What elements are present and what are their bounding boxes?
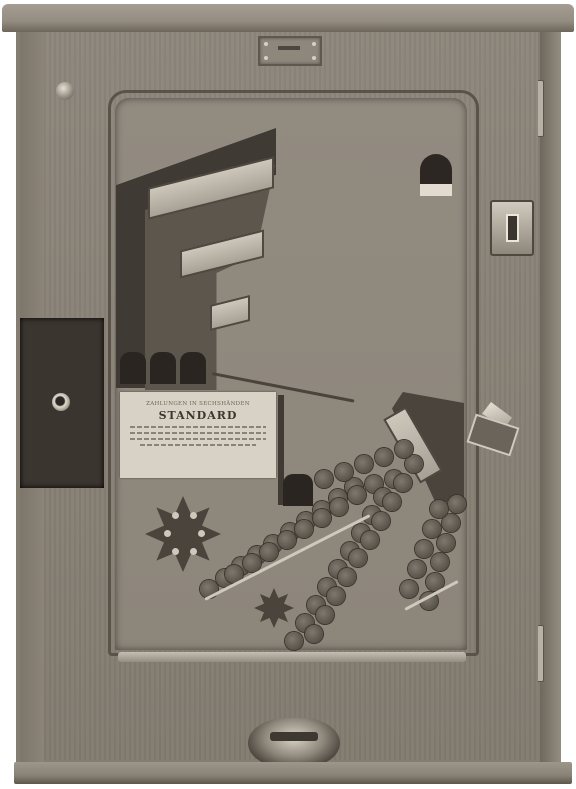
coin: [260, 543, 278, 561]
star-hole: [164, 530, 171, 537]
star-hole: [198, 530, 205, 537]
coin: [243, 554, 261, 572]
coin: [400, 580, 418, 598]
slot-opening: [420, 154, 452, 186]
coin-slot-opening: [506, 214, 519, 242]
label-text-line: [130, 438, 266, 440]
coin: [313, 509, 331, 527]
coin-return-opening: [270, 732, 318, 741]
coin: [330, 498, 348, 516]
coin: [315, 470, 333, 488]
coin: [405, 455, 423, 473]
coin: [375, 448, 393, 466]
coin-return-cup[interactable]: [248, 718, 340, 768]
coin-pocket: [283, 474, 313, 506]
label-text-line: [140, 444, 256, 446]
coin-pocket: [180, 352, 206, 384]
coin: [305, 625, 323, 643]
window-sill: [118, 652, 466, 662]
coin: [395, 440, 413, 458]
lock-knob[interactable]: [52, 393, 70, 411]
coin-pocket: [150, 352, 176, 384]
coin: [415, 540, 433, 558]
screw-icon: [264, 56, 268, 60]
coin: [355, 455, 373, 473]
star-hole: [172, 512, 179, 519]
label-text-line: [130, 432, 266, 434]
coin-entry-slot: [420, 154, 452, 200]
payout-lever[interactable]: [470, 402, 522, 450]
coin: [361, 531, 379, 549]
top-nameplate: [258, 36, 322, 66]
top-molding: [2, 4, 574, 32]
label-text-line: [130, 426, 266, 428]
base-molding: [14, 762, 572, 784]
coin: [285, 632, 303, 650]
coin: [423, 520, 441, 538]
coin-pocket: [120, 352, 146, 384]
side-coin-slot[interactable]: [490, 200, 534, 256]
coin: [372, 512, 390, 530]
instruction-label: ZAHLUNGEN IN SECHSHÄNDEN STANDARD: [120, 392, 276, 478]
star-hole: [190, 548, 197, 555]
star-wheel-small: [254, 588, 294, 628]
door-knob[interactable]: [56, 82, 74, 100]
screw-icon: [264, 42, 268, 46]
star-hole: [190, 512, 197, 519]
label-header: ZAHLUNGEN IN SECHSHÄNDEN: [120, 401, 276, 407]
coin: [278, 531, 296, 549]
screw-icon: [312, 42, 316, 46]
coin: [335, 463, 353, 481]
lever-housing: [466, 414, 519, 457]
label-title: STANDARD: [120, 409, 276, 422]
slot-sill: [420, 184, 452, 196]
coin: [383, 493, 401, 511]
coin: [448, 495, 466, 513]
coin: [408, 560, 426, 578]
coin: [437, 534, 455, 552]
screw-icon: [312, 56, 316, 60]
nameplate-slot: [278, 46, 300, 50]
coin: [394, 474, 412, 492]
coin: [348, 486, 366, 504]
coin: [295, 520, 313, 538]
star-hole: [172, 548, 179, 555]
coin: [430, 500, 448, 518]
